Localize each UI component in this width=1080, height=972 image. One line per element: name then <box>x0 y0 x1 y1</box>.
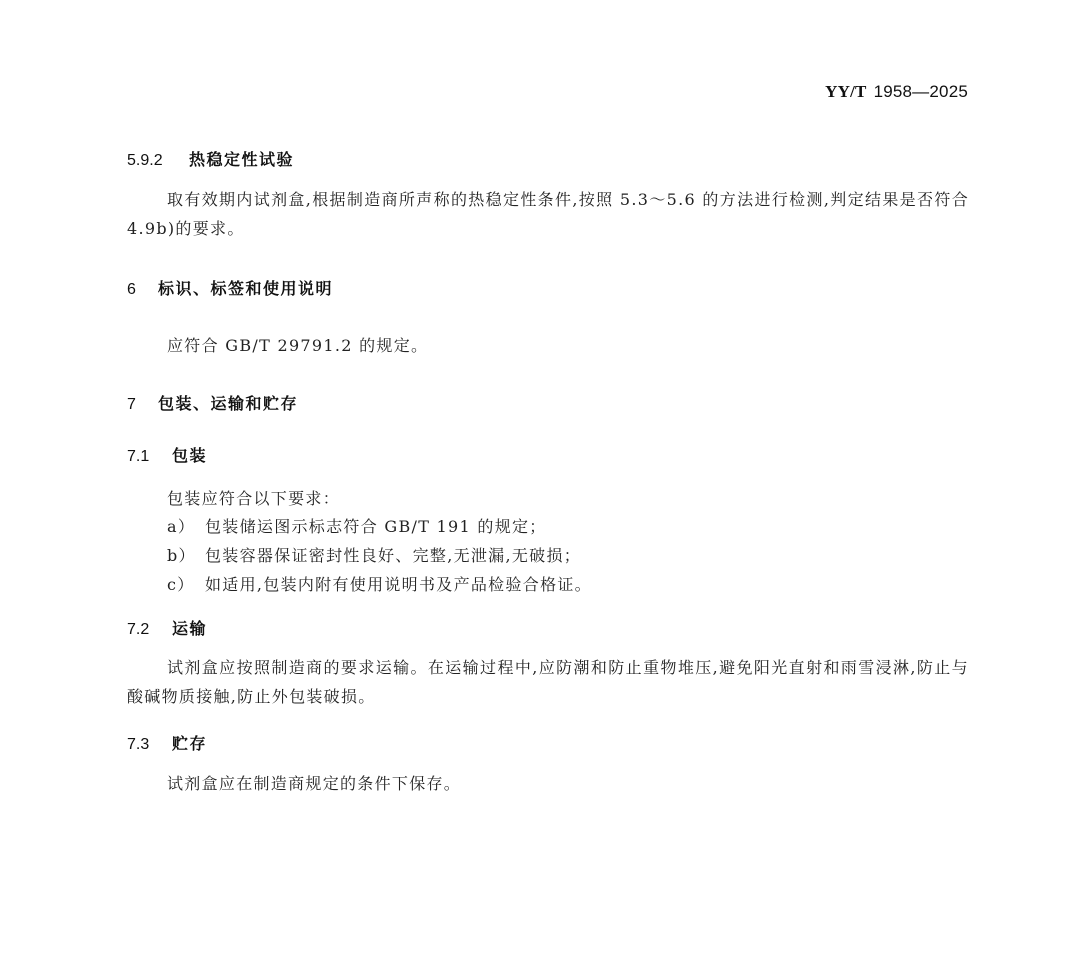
section-intro-7-1: 包装应符合以下要求： <box>167 486 340 509</box>
section-title: 热稳定性试验 <box>189 152 294 169</box>
section-number: 5.9.2 <box>127 152 189 170</box>
section-title: 标识、标签和使用说明 <box>158 281 333 298</box>
section-number: 7.1 <box>127 448 172 466</box>
section-body-5-9-2: 取有效期内试剂盒,根据制造商所声称的热稳定性条件,按照 5.3～5.6 的方法进… <box>127 185 969 243</box>
section-body-6: 应符合 GB/T 29791.2 的规定。 <box>167 333 428 356</box>
list-marker: a） <box>167 514 205 537</box>
list-marker: b） <box>167 543 205 566</box>
section-body-7-2: 试剂盒应按照制造商的要求运输。在运输过程中,应防潮和防止重物堆压,避免阳光直射和… <box>127 653 969 711</box>
section-number: 7.3 <box>127 736 172 754</box>
section-heading-7-1: 7.1包装 <box>127 443 207 466</box>
section-heading-7-2: 7.2运输 <box>127 616 207 639</box>
document-page: YY/T1958—2025 5.9.2热稳定性试验 取有效期内试剂盒,根据制造商… <box>0 0 1080 972</box>
list-text: 如适用,包装内附有使用说明书及产品检验合格证。 <box>205 575 592 594</box>
section-heading-7-3: 7.3贮存 <box>127 731 207 754</box>
list-item-b: b）包装容器保证密封性良好、完整,无泄漏,无破损； <box>167 543 581 566</box>
section-heading-7: 7包装、运输和贮存 <box>127 391 298 414</box>
section-number: 7 <box>127 396 158 414</box>
list-item-a: a）包装储运图示标志符合 GB/T 191 的规定； <box>167 514 547 537</box>
section-number: 7.2 <box>127 621 172 639</box>
section-title: 包装 <box>172 448 207 465</box>
section-title: 运输 <box>172 621 207 638</box>
section-number: 6 <box>127 281 158 299</box>
section-heading-5-9-2: 5.9.2热稳定性试验 <box>127 147 294 170</box>
list-text: 包装储运图示标志符合 GB/T 191 的规定； <box>205 517 547 536</box>
list-text: 包装容器保证密封性良好、完整,无泄漏,无破损； <box>205 546 581 565</box>
section-heading-6: 6标识、标签和使用说明 <box>127 276 333 299</box>
section-title: 包装、运输和贮存 <box>158 396 298 413</box>
standard-number: 1958—2025 <box>874 82 968 101</box>
section-body-7-3: 试剂盒应在制造商规定的条件下保存。 <box>167 771 461 794</box>
section-title: 贮存 <box>172 736 207 753</box>
list-marker: c） <box>167 572 205 595</box>
standard-code: YY/T1958—2025 <box>825 82 968 102</box>
standard-prefix: YY/T <box>825 82 866 101</box>
list-item-c: c）如适用,包装内附有使用说明书及产品检验合格证。 <box>167 572 592 595</box>
